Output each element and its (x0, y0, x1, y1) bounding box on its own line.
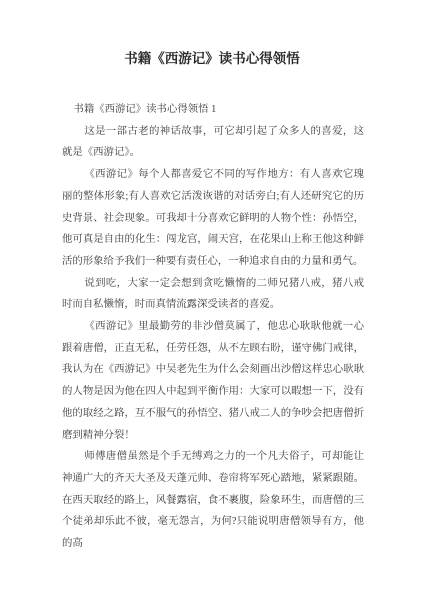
paragraph: 《西游记》里最勤劳的非沙僧莫属了，他忠心耿耿他就一心跟着唐僧，正直无私，任劳任怨… (62, 316, 364, 446)
paragraph: 《西游记》每个人都喜爱它不同的写作地方：有人喜欢它瑰丽的整体形象;有人喜欢它活泼… (62, 164, 364, 273)
document-body: 书籍《西游记》读书心得领悟 1 这是一部古老的神话故事，可它却引起了众多人的喜爱… (62, 99, 364, 555)
document-title: 书籍《西游记》读书心得领悟 (0, 0, 424, 67)
paragraph: 师傅唐僧虽然是个手无缚鸡之力的一个凡夫俗子，可却能让神通广大的齐天大圣及天蓬元帅… (62, 446, 364, 555)
section-heading: 书籍《西游记》读书心得领悟 1 (62, 99, 364, 121)
document-page: 书籍《西游记》读书心得领悟 书籍《西游记》读书心得领悟 1 这是一部古老的神话故… (0, 0, 424, 600)
paragraph: 说到吃，大家一定会想到贪吃懒惰的二师兄猪八戒，猪八戒时而自私懒惰，时而真情流露深… (62, 273, 364, 316)
paragraph: 这是一部古老的神话故事，可它却引起了众多人的喜爱，这就是《西游记》。 (62, 121, 364, 164)
